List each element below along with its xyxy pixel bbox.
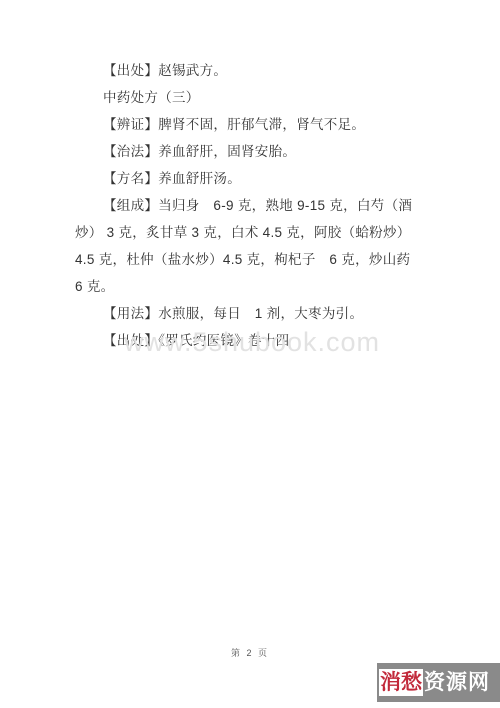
paragraph-section-title: 中药处方（三） bbox=[75, 84, 429, 111]
document-page: 【出处】赵锡武方。 中药处方（三） 【辨证】脾肾不固，肝郁气滞，肾气不足。 【治… bbox=[0, 0, 500, 708]
document-body: 【出处】赵锡武方。 中药处方（三） 【辨证】脾肾不固，肝郁气滞，肾气不足。 【治… bbox=[75, 57, 429, 354]
paragraph-formula-name: 【方名】养血舒肝汤。 bbox=[75, 165, 429, 192]
paragraph-source-top: 【出处】赵锡武方。 bbox=[75, 57, 429, 84]
page-number: 第 2 页 bbox=[0, 646, 500, 659]
site-logo-red-part: 消愁 bbox=[379, 669, 423, 696]
paragraph-composition: 【组成】当归身 6-9 克，熟地 9-15 克，白芍（酒炒） 3 克，炙甘草 3… bbox=[75, 192, 429, 300]
site-logo: 消愁 资源网 bbox=[377, 663, 500, 702]
watermark-text: www.5shubook.com bbox=[75, 324, 429, 360]
paragraph-usage: 【用法】水煎服，每日 1 剂，大枣为引。 bbox=[75, 300, 429, 327]
paragraph-syndrome: 【辨证】脾肾不固，肝郁气滞，肾气不足。 bbox=[75, 111, 429, 138]
paragraph-treatment: 【治法】养血舒肝，固肾安胎。 bbox=[75, 138, 429, 165]
site-logo-white-part: 资源网 bbox=[424, 669, 490, 696]
